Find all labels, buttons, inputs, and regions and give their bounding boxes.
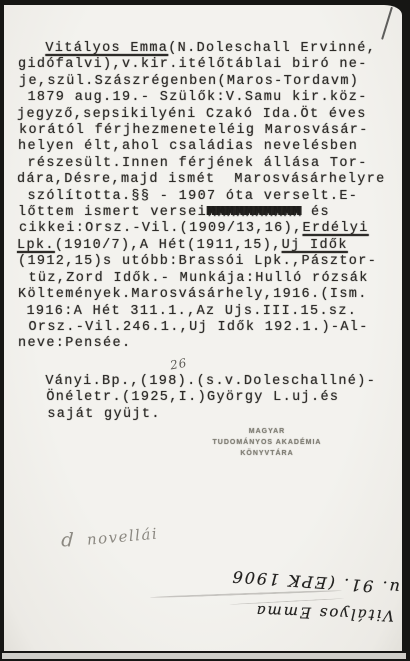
journal-name-underlined: Uj Idők bbox=[282, 238, 348, 253]
journal-abbrev-underlined: Lpk. bbox=[17, 238, 55, 253]
pencil-note-text: novellái bbox=[86, 525, 159, 549]
typed-paragraph-sources: Ványi.Bp.,(198).(s.v.Doleschallné)- Önél… bbox=[18, 374, 404, 423]
flipped-ink-note-line2: Vitályos Emma bbox=[240, 601, 395, 624]
typed-line: tüz,Zord Idők.- Munkája:Hulló rózsák bbox=[19, 271, 404, 287]
typed-line: Orsz.-Vil.246.1.,Uj Idők 192.1.)-Al- bbox=[19, 320, 404, 336]
typed-line: neve:Pensée. bbox=[18, 336, 404, 352]
typed-line: Költemények.Marosvásárhely,1916.(Ism. bbox=[18, 287, 404, 303]
typed-line: Ványi.Bp.,(198).(s.v.Doleschallné)- bbox=[17, 374, 404, 390]
card-corner-crease bbox=[381, 7, 393, 40]
typed-line: (1912,15)s utóbb:Brassói Lpk.,Pásztor- bbox=[18, 254, 404, 270]
catalog-card: Vitályos Emma(N.Doleschall Ervinné, gidó… bbox=[4, 5, 402, 651]
typed-line: dára,Désre,majd ismét Marosvásárhelyre bbox=[17, 172, 404, 188]
typed-line: Önéletr.(1925,I.)György L.uj.és bbox=[18, 390, 404, 406]
card-bottom-edge-strip bbox=[2, 653, 406, 659]
stamp-line-2: TUDOMÁNYOS AKADÉMIA bbox=[204, 437, 330, 448]
typed-overstrike-blot: MMMMMMMMMM bbox=[207, 205, 302, 220]
pencil-strike-line bbox=[150, 590, 342, 599]
typed-line: 1916:A Hét 311.1.,Az Ujs.III.15.sz. bbox=[17, 304, 404, 320]
typed-line: részesült.Innen férjének állása Tor- bbox=[18, 156, 404, 172]
typed-heading-line: Vitályos Emma(N.Doleschall Ervinné, bbox=[17, 41, 404, 57]
typed-line: saját gyüjt. bbox=[19, 407, 404, 423]
typed-line-journals: cikkei:Orsz.-Vil.(1909/13,16),Erdélyi bbox=[19, 221, 404, 237]
subject-name-underlined: Vitályos Emma bbox=[45, 41, 168, 56]
pencil-note: dnovellái bbox=[60, 516, 221, 552]
stamp-line-1: MAGYAR bbox=[204, 426, 330, 437]
typed-line: szólította.§§ - 1907 óta verselt.E- bbox=[18, 189, 404, 205]
journal-name-underlined: Erdélyi bbox=[303, 221, 369, 236]
typed-line: jegyző,sepsikilyéni Czakó Ida.Öt éves bbox=[17, 107, 404, 123]
typed-line: 1879 aug.19.- Szülők:V.Samu kir.köz- bbox=[18, 90, 404, 106]
journals-pre: cikkei:Orsz.-Vil.(1909/13,16), bbox=[19, 221, 303, 236]
typed-line-journals: Lpk.(1910/7),A Hét(1911,15),Uj Idők bbox=[17, 238, 404, 254]
typed-line: je,szül.Szászrégenben(Maros-Tordavm) bbox=[19, 74, 404, 90]
typed-line-with-overstrike: lőttem ismert verseiMMMMMMMMMM és bbox=[18, 205, 404, 221]
pencil-sigla: d bbox=[61, 529, 76, 552]
heading-indent bbox=[17, 41, 45, 56]
typed-line: helyen élt,ahol családias nevelésben bbox=[18, 139, 404, 155]
heading-rest: (N.Doleschall Ervinné, bbox=[168, 41, 376, 56]
stamp-line-3: KÖNYVTÁRA bbox=[204, 448, 330, 459]
library-stamp: MAGYAR TUDOMÁNYOS AKADÉMIA KÖNYVTÁRA bbox=[204, 426, 330, 459]
overstrike-post: és bbox=[302, 205, 330, 220]
typed-paragraph-bio: Vitályos Emma(N.Doleschall Ervinné, gidó… bbox=[18, 41, 404, 353]
typed-line: korától férjhezmeneteléig Marosvásár- bbox=[19, 123, 404, 139]
handwritten-correction: 26 bbox=[169, 356, 188, 373]
overstrike-pre: lőttem ismert versei bbox=[18, 205, 207, 220]
typed-line: gidófalvi),v.kir.itélőtáblai biró ne- bbox=[18, 57, 404, 73]
journals-mid: (1910/7),A Hét(1911,15), bbox=[55, 238, 282, 253]
photo-frame: Vitályos Emma(N.Doleschall Ervinné, gidó… bbox=[0, 0, 410, 661]
